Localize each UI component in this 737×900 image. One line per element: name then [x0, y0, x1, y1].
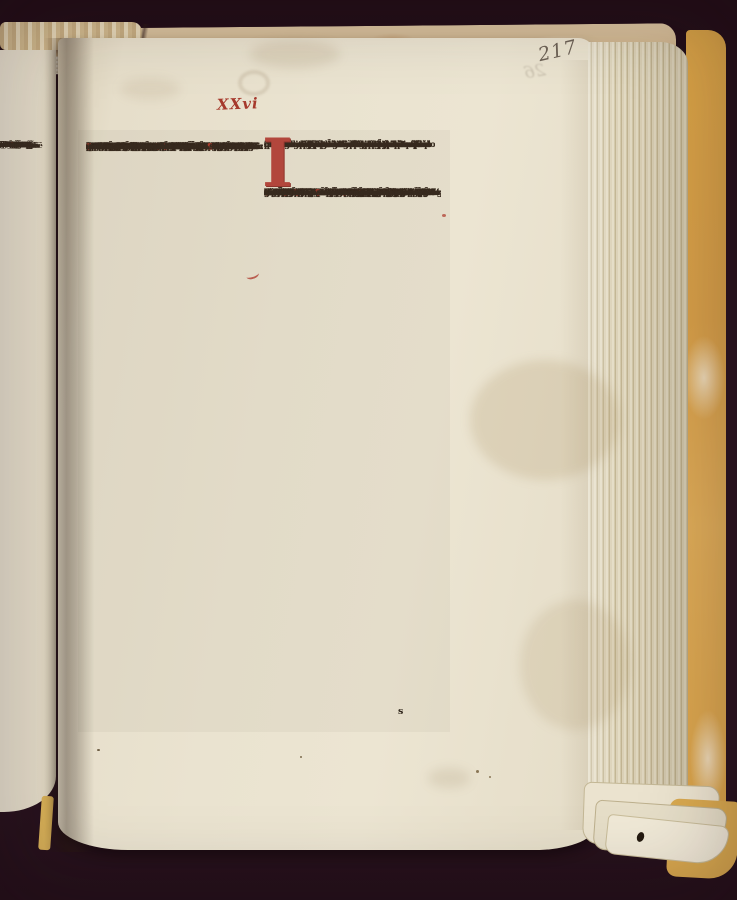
text-line: q̃ obiicitur q̃ ideʒ manẽs ideʒ semp τc̃…: [86, 141, 246, 153]
stain-top-left: [120, 78, 180, 100]
initial-section: I N parte ista sunt dubitatiõnes circa l…: [264, 139, 444, 187]
stain-top-center: [250, 40, 340, 68]
text-line: animi mot9 ad aliq̃d pseque: [310, 139, 427, 151]
stain-bottom-margin: [428, 768, 470, 788]
show-through-ring: [238, 70, 270, 96]
ink-speck: [476, 770, 479, 773]
ink-speck: [97, 749, 100, 751]
book-photograph: aliã natur̃ñ erit accõistus. sʒ talisuel…: [0, 0, 737, 900]
stain-lower-right-margin: [520, 600, 630, 730]
vellum-cover-edge-right: [686, 30, 726, 858]
rubric-margin-dot: [442, 214, 446, 217]
ink-speck: [300, 756, 302, 758]
ink-speck: [489, 776, 491, 778]
lombard-initial-I: I: [262, 135, 292, 191]
stain-right-margin: [470, 360, 620, 480]
signature-mark: s: [398, 706, 403, 717]
text-block-tint: [78, 130, 450, 732]
chapter-heading-rubric: XXvi: [217, 94, 259, 113]
facing-page-fragment-line: et̃ moueri: [0, 139, 29, 152]
text-column-right: dd̃ q̃ illud fallit in deo. τ iõ s̃ q̃ d…: [264, 139, 444, 187]
text-line: signent̃ diuersimode. penes quid sumit̃: [264, 187, 428, 199]
